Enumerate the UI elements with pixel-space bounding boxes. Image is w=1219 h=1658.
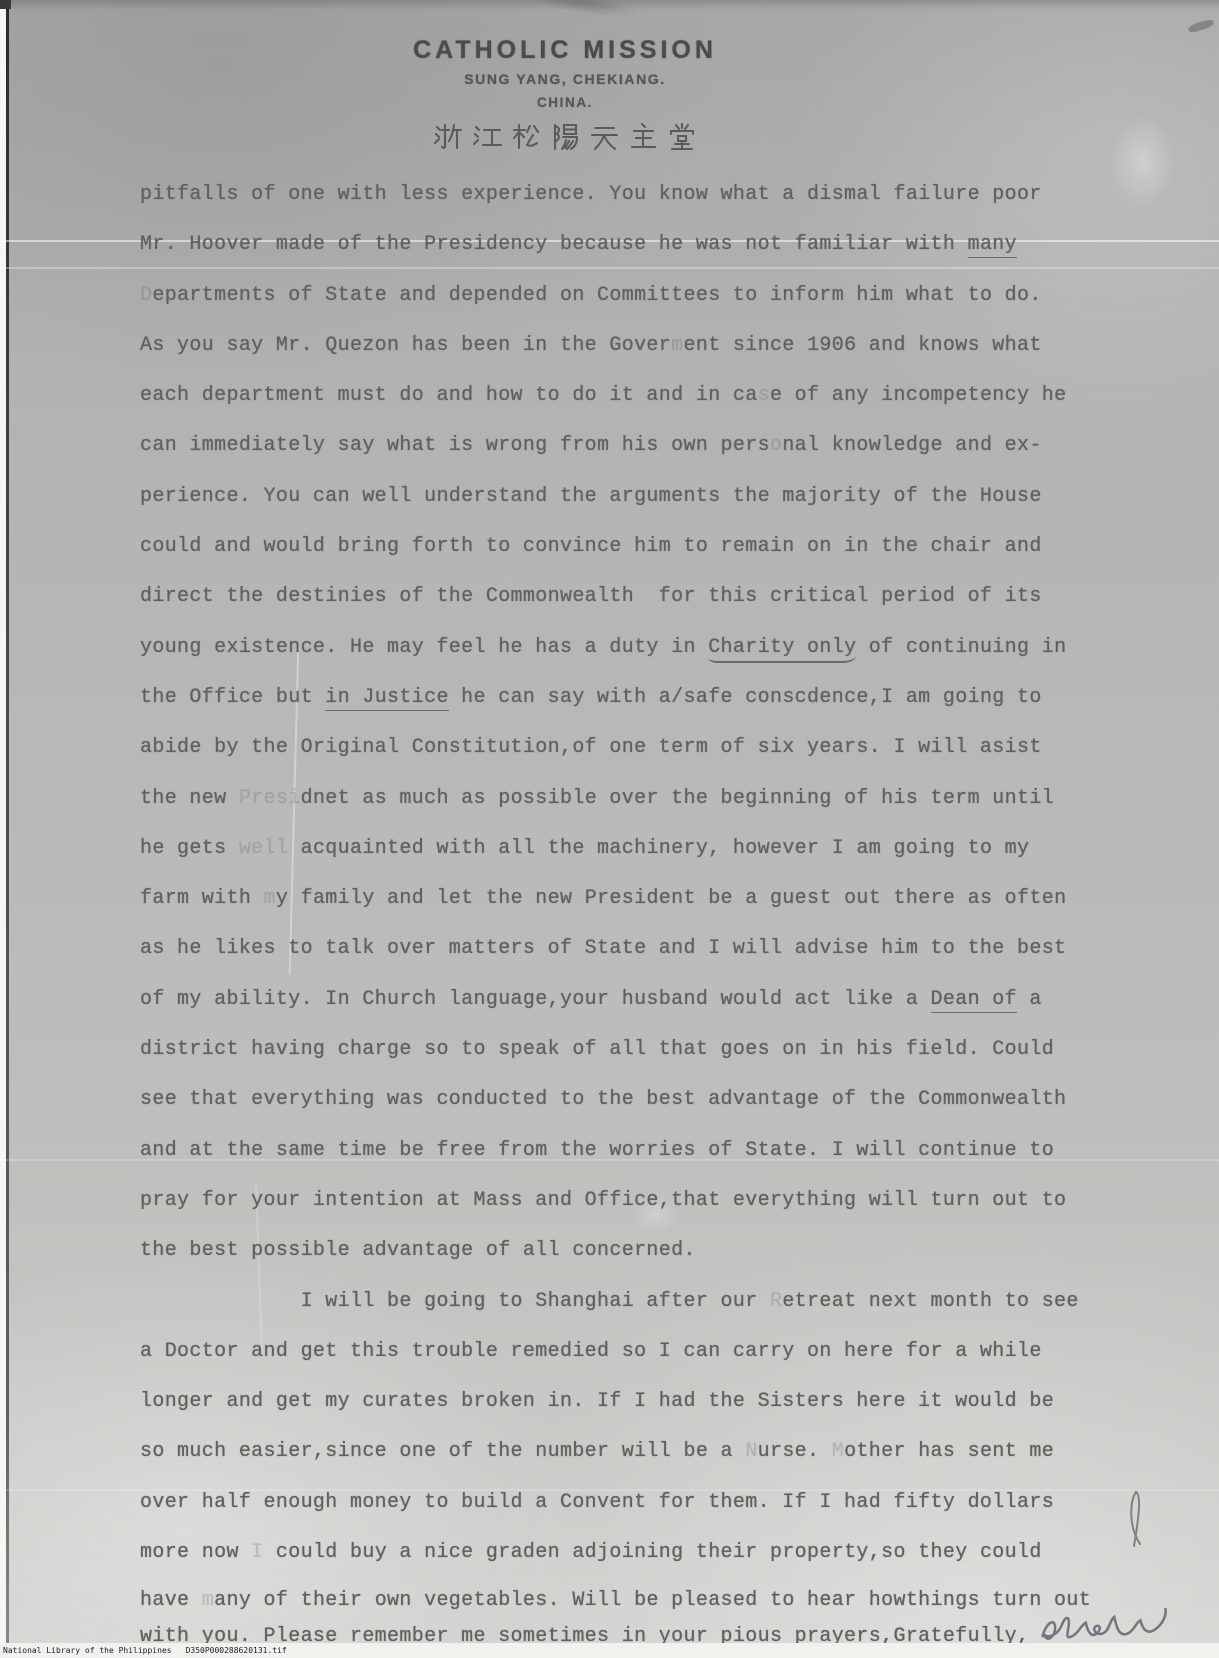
letter-line: perience. You can well understand the ar… [140,472,1150,522]
letter-line: have many of their own vegetables. Will … [140,1578,1150,1624]
letter-line: and at the same time be free from the wo… [140,1126,1150,1176]
letter-line: As you say Mr. Quezon has been in the Go… [140,321,1150,371]
cjk-character-glyph [666,120,698,154]
scan-top-shadow [0,0,1219,10]
cjk-character-glyph [627,120,659,154]
letter-line: the new Presidnet as much as possible ov… [140,774,1150,824]
letter-line: young existence. He may feel he has a du… [140,623,1150,673]
cjk-character-glyph [432,120,464,154]
cjk-character-glyph [471,120,503,154]
letter-line: Mr. Hoover made of the Presidency becaus… [140,220,1150,270]
letter-line: pray for your intention at Mass and Offi… [140,1176,1150,1226]
letter-line: can immediately say what is wrong from h… [140,421,1150,471]
letter-line: longer and get my curates broken in. If … [140,1377,1150,1427]
chinese-title [0,120,1130,158]
archive-footer-bar: National Library of the Philippines D350… [0,1643,1219,1658]
handwritten-signature [1038,1606,1170,1646]
mission-country: CHINA. [0,95,1130,110]
cjk-character-glyph [549,120,581,154]
letter-line: farm with my family and let the new Pres… [140,874,1150,924]
letter-line: could and would bring forth to convince … [140,522,1150,572]
letter-line: he gets well acquainted with all the mac… [140,824,1150,874]
scan-edge-dark [6,0,9,1646]
letter-line: abide by the Original Constitution,of on… [140,723,1150,773]
scan-corner-mark [0,0,11,9]
archive-name: National Library of the Philippines [3,1646,172,1655]
letter-line: I will be going to Shanghai after our Re… [140,1277,1150,1327]
handwritten-pen-mark [1120,1486,1148,1548]
letter-line: as he likes to talk over matters of Stat… [140,924,1150,974]
scanned-letter-page: CATHOLIC MISSION SUNG YANG, CHEKIANG. CH… [0,0,1219,1658]
letter-line: Departments of State and depended on Com… [140,271,1150,321]
letter-line: the Office but in Justice he can say wit… [140,673,1150,723]
ink-smudge [1187,18,1214,34]
letter-line: each department must do and how to do it… [140,371,1150,421]
letter-body: pitfalls of one with less experience. Yo… [140,170,1150,1650]
letter-line: a Doctor and get this trouble remedied s… [140,1327,1150,1377]
mission-name: CATHOLIC MISSION [0,36,1130,65]
archive-filename: D350P000288620131.tif [186,1646,287,1655]
cjk-character-glyph [510,120,542,154]
cjk-character-glyph [588,120,620,154]
letter-line: the best possible advantage of all conce… [140,1226,1150,1276]
letter-line: direct the destinies of the Commonwealth… [140,572,1150,622]
letter-line: more now I could buy a nice graden adjoi… [140,1528,1150,1578]
letter-line: over half enough money to build a Conven… [140,1478,1150,1528]
letter-line: of my ability. In Church language,your h… [140,975,1150,1025]
letter-line: pitfalls of one with less experience. Yo… [140,170,1150,220]
letter-line: see that everything was conducted to the… [140,1075,1150,1125]
letter-line: so much easier,since one of the number w… [140,1427,1150,1477]
mission-location: SUNG YANG, CHEKIANG. [0,71,1130,87]
letter-line: district having charge so to speak of al… [140,1025,1150,1075]
